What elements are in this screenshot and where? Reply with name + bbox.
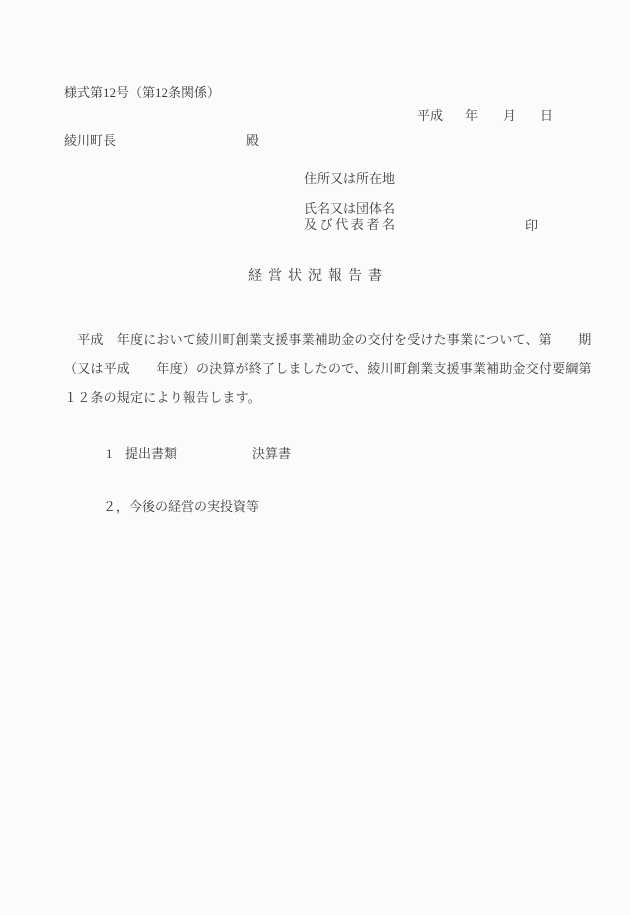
addressee-honorific: 殿 — [246, 133, 259, 149]
item-1-number: 1 — [106, 446, 113, 462]
sender-address-label: 住所又は所在地 — [304, 171, 395, 187]
date-month-label: 月 — [503, 108, 516, 124]
body-line-1: 平成 年度において綾川町創業支援事業補助金の交付を受けた事業について、第 期 — [64, 332, 591, 348]
report-form-page: 様式第12号（第12条関係） 平成 年 月 日 綾川町長 殿 住所又は所在地 氏… — [0, 0, 630, 915]
form-number: 様式第12号（第12条関係） — [64, 85, 220, 101]
item-1-label: 提出書類 — [125, 446, 177, 462]
body-line-3: １２条の規定により報告します。 — [64, 390, 261, 406]
document-title: 経営状況報告書 — [0, 268, 630, 285]
sender-representative-label: 及び代表者名 — [304, 217, 398, 233]
date-era-label: 平成 — [417, 108, 443, 124]
sender-name-label: 氏名又は団体名 — [304, 201, 395, 217]
body-line-2: （又は平成 年度）の決算が終了しましたので、綾川町創業支援事業補助金交付要綱第 — [64, 361, 592, 377]
item-2-text: ２，今後の経営の実投資等 — [103, 499, 259, 515]
date-year-label: 年 — [465, 108, 478, 124]
item-1-value: 決算書 — [252, 446, 291, 462]
date-day-label: 日 — [540, 108, 553, 124]
seal-mark: 印 — [525, 218, 538, 234]
addressee-name: 綾川町長 — [64, 133, 116, 149]
